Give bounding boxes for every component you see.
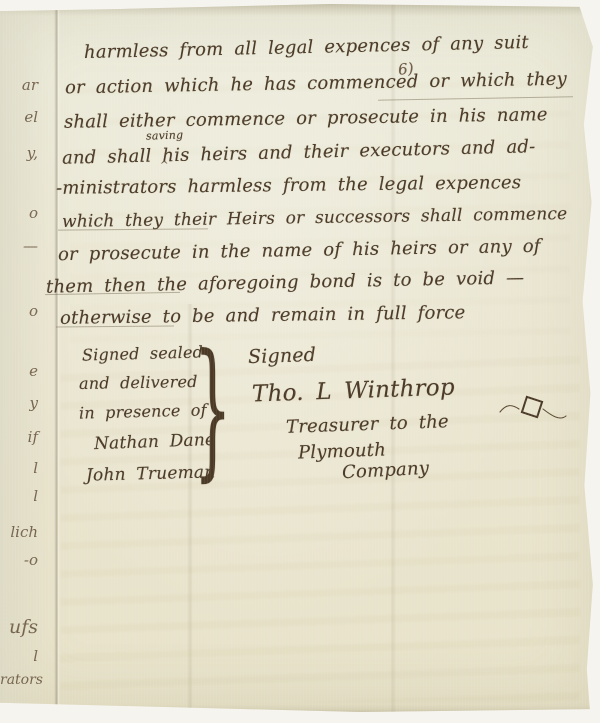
pencil-guide-line [378, 96, 573, 100]
attestation-line: in presence of [79, 400, 207, 422]
scanned-document: ar el y, o — o e y if l l lich -o ufs l … [0, 0, 600, 723]
fold-crease [187, 304, 193, 712]
seal-diamond-icon [498, 392, 570, 428]
adjacent-page-fragment: l [0, 459, 46, 477]
insertion-caret: ^ [160, 160, 169, 171]
manuscript-line: or action which he has commenced or whic… [65, 69, 567, 99]
adjacent-page-fragment: if [0, 428, 46, 446]
paper-top-edge [0, 4, 600, 16]
brace-mark: } [194, 338, 231, 486]
manuscript-line: harmless from all legal expences of any … [84, 32, 529, 63]
signature-title-line: Treasurer to the [286, 411, 450, 438]
adjacent-page-fragment: el [0, 108, 46, 126]
adjacent-page-fragment: l [0, 487, 46, 505]
adjacent-page-fragment: o [0, 302, 46, 320]
adjacent-page-fragment: — [0, 237, 46, 255]
manuscript-line: which they their Heirs or successors sha… [62, 204, 568, 232]
signature-title-line: Company [342, 458, 430, 484]
insertion-word: saving [146, 128, 184, 142]
adjacent-page-fragment: ar [0, 76, 46, 94]
adjacent-page-fragment: y [0, 394, 46, 412]
manuscript-line: -ministrators harmless from the legal ex… [56, 172, 522, 199]
manuscript-line: or prosecute in the name of his heirs or… [58, 236, 541, 265]
signature-label: Signed [248, 344, 317, 368]
attestation-line: and delivered [79, 372, 198, 393]
adjacent-page-fragment: o [0, 204, 46, 222]
adjacent-page-fragment: y, [0, 144, 46, 162]
manuscript-line: otherwise to be and remain in full force [60, 302, 466, 329]
manuscript-line: shall either commence or prosecute in hi… [64, 104, 548, 133]
attestation-line: Signed sealed [82, 342, 204, 364]
adjacent-page-fragment: e [0, 362, 46, 380]
adjacent-page-fragment: -o [0, 551, 46, 569]
manuscript-page: ar el y, o — o e y if l l lich -o ufs l … [0, 4, 600, 712]
manuscript-line: and shall his heirs and their executors … [62, 136, 536, 169]
adjacent-page-fragment: l [0, 647, 46, 665]
adjacent-page-fragment: rators [0, 672, 46, 688]
adjacent-page-fragment: lich [0, 523, 46, 541]
ink-flourish: 6) [397, 59, 415, 79]
manuscript-line: them then the aforegoing bond is to be v… [46, 267, 525, 297]
adjacent-page-fragment: ufs [0, 616, 46, 638]
signature-name: Tho. L Winthrop [252, 374, 456, 407]
